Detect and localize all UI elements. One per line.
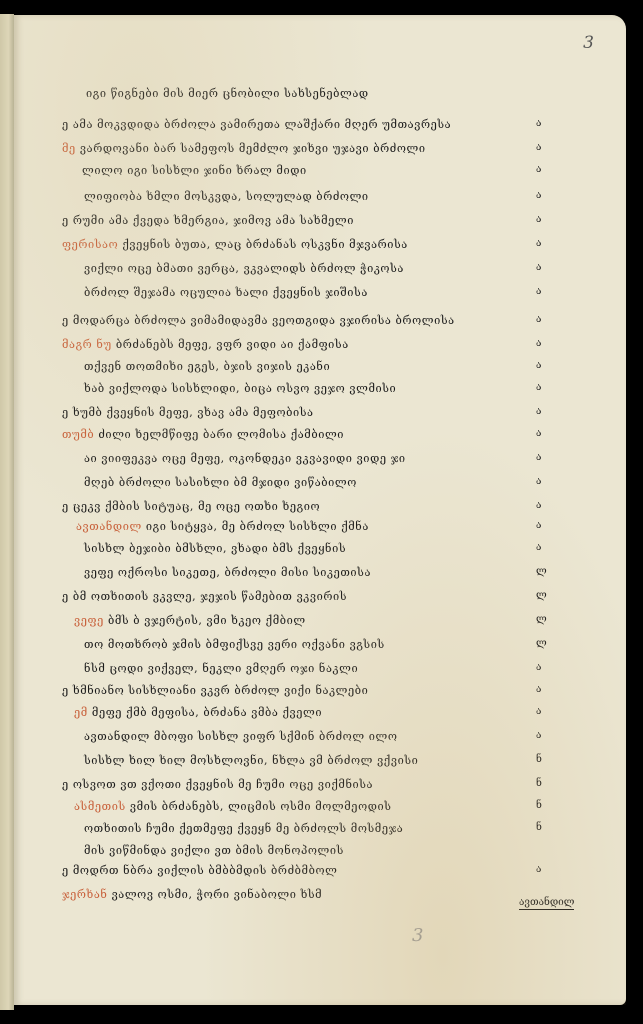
- verse-line: ე რუმი ამა ქვედა ხმერგია, ჯიმოვ ამა სახმ…: [62, 214, 354, 227]
- rhyme-marker: ა: [536, 262, 541, 273]
- rhyme-marker: ა: [536, 730, 541, 741]
- verse-line: თუმბ ძილი ხელმწიფე ბარი ლომისა ქამბილი: [62, 428, 344, 441]
- rubric-word: ავთანდილ: [76, 520, 146, 533]
- folio-number: 3: [583, 33, 594, 53]
- book-spine: [0, 14, 14, 1010]
- rhyme-marker: ა: [536, 164, 541, 175]
- verse-text: მის ვიწმინდა ვიქლი ვთ ბმის მონოპოლის: [84, 844, 344, 857]
- verse-line: ე ოსვოთ ვთ ვქოთი ქვეყნის მე ჩუმი ოცე ვიქ…: [62, 778, 373, 791]
- verse-text: აი ვიიფეკვა ოცე მეფე, ოკონდეკი ვკვავიდი …: [84, 452, 406, 465]
- rhyme-marker: ნ: [536, 754, 542, 765]
- rhyme-marker: ა: [536, 520, 541, 531]
- manuscript-page: 3 იგი წიგნები მის მიერ ცნობილი სახსენებლ…: [14, 15, 626, 1005]
- rubric-word: ასმეთის: [74, 800, 130, 813]
- rhyme-marker: ა: [536, 864, 541, 875]
- verse-text: ე მოდრთ ნბრა ვიქლის ბმბბმდის ბრძბმბოლ: [62, 864, 337, 877]
- verse-line: ე ხმნიანო სისხლიანი ვკვრ ბრძოლ ვიქი ნაკლ…: [62, 684, 368, 697]
- verse-line: ემ მეფე ქმბ მეფისა, ბრძანა ვმბა ქველი: [74, 706, 322, 719]
- verse-line: ავთანდილ მბოფი სისხლ ვიფრ სქმინ ბრძოლ ილ…: [84, 730, 398, 743]
- verse-line: ასმეთის ვმის ბრძანებს, ლიცმის ოსმი მოლმე…: [74, 800, 392, 813]
- verse-line: ე მოდარცა ბრძოლა ვიმამიდავმა ვეოთგიდა ვჯ…: [62, 314, 455, 327]
- verse-text: ქვეყნის ბუთა, ლაც ბრძანას ოსკვნი მჯვარის…: [122, 238, 408, 251]
- rhyme-marker: ა: [536, 314, 541, 325]
- rubric-word: ვეფე: [74, 614, 108, 627]
- verse-line: ბრძოლ შეჯამა ოცულია ხალი ქვეყნის ჯიშისა: [84, 286, 368, 299]
- verse-text: მღებ ბრძოლი სასიხლი ბმ მჯიდი ვიწაბილო: [84, 476, 357, 489]
- rhyme-marker: ა: [536, 406, 541, 417]
- rhyme-marker: ა: [536, 706, 541, 717]
- rubric-word: ემ: [74, 706, 92, 719]
- verse-text: ნსმ ცოდი ვიქველ, ნეკლი ვმღერ ოჯი ნაკლი: [84, 662, 358, 675]
- verse-line: სისხლ ხილ ხილ მოსხლოვნი, ნხლა ვმ ბრძოლ ვ…: [84, 754, 418, 767]
- verse-text: ბრძანებს მეფე, ვფრ ვიდი აი ქამფისა: [116, 338, 349, 351]
- rhyme-marker: ა: [536, 214, 541, 225]
- rhyme-marker: ა: [536, 238, 541, 249]
- rhyme-marker: ა: [536, 500, 541, 511]
- verse-line: ოთხითის ჩუმი ქეთმეფე ქვეყნ მე ბრძოლს მოს…: [84, 822, 403, 835]
- verse-line: ლიფიობა ხმლი მოსკვდა, სოლულად ბრძოლი: [84, 190, 369, 203]
- rhyme-marker: ა: [536, 190, 541, 201]
- verse-line: ვიქლი ოცე ბმათი ვერცა, ვკვალიდს ბრძოლ ჭი…: [84, 262, 404, 275]
- verse-line: თო მოთხრობ ჯმის ბმფიქსვე ვერი ოქვანი ვგს…: [84, 638, 385, 651]
- rubric-word: მე: [62, 142, 80, 155]
- verse-text: ე ოსვოთ ვთ ვქოთი ქვეყნის მე ჩუმი ოცე ვიქ…: [62, 778, 373, 791]
- rubric-word: ჯერხან: [62, 888, 112, 901]
- rhyme-marker: ა: [536, 382, 541, 393]
- rhyme-marker: ლ: [536, 638, 547, 649]
- rhyme-marker: ა: [536, 338, 541, 349]
- catchword: ავთანდილ: [519, 897, 574, 910]
- verse-line: მე ვარდოვანი ბარ სამეფოს მემძლო ჯიხვი უჯ…: [62, 142, 426, 155]
- verse-text: თქვენ თოთმიხი ეგეს, ბჯის ვიჯის ეკანი: [84, 360, 330, 373]
- rubric-word: თუმბ: [62, 428, 98, 441]
- verse-line: ჯერხან ვალოვ ოსმი, ჭორი ვინაბოლი ხსმ: [62, 888, 322, 901]
- rhyme-marker: ნ: [536, 800, 542, 811]
- verse-text: ვარდოვანი ბარ სამეფოს მემძლო ჯიხვი უჯავი…: [80, 142, 426, 155]
- rubric-word: ფერისაო: [62, 238, 122, 251]
- verse-line: აი ვიიფეკვა ოცე მეფე, ოკონდეკი ვკვავიდი …: [84, 452, 406, 465]
- verse-text: ბრძოლ შეჯამა ოცულია ხალი ქვეყნის ჯიშისა: [84, 286, 368, 299]
- verse-text: ხაბ ვიქლოდა სისხლიდი, ბიცა ოსვო ვეჯო ვლმ…: [84, 382, 396, 395]
- verse-text: ავთანდილ მბოფი სისხლ ვიფრ სქმინ ბრძოლ ილ…: [84, 730, 398, 743]
- verse-text: ვალოვ ოსმი, ჭორი ვინაბოლი ხსმ: [112, 888, 323, 901]
- rhyme-marker: ა: [536, 684, 541, 695]
- verse-line: ე ამა მოკვდიდა ბრძოლა ვამირეთა ლაშქარი მ…: [62, 118, 451, 131]
- rhyme-marker: ნ: [536, 822, 542, 833]
- verse-text: ლიფიობა ხმლი მოსკვდა, სოლულად ბრძოლი: [84, 190, 369, 203]
- verse-text: თო მოთხრობ ჯმის ბმფიქსვე ვერი ოქვანი ვგს…: [84, 638, 385, 651]
- rhyme-marker: ა: [536, 286, 541, 297]
- folio-number-pencil: 3: [412, 925, 423, 946]
- rhyme-marker: ა: [536, 360, 541, 371]
- verse-text: იგი სიტყვა, მე ბრძოლ სისხლი ქმნა: [146, 520, 369, 533]
- verse-text: ლილო იგი სისხლი ჯინი ხრალ მიდი: [82, 164, 307, 177]
- verse-text: სისხლ ხილ ხილ მოსხლოვნი, ნხლა ვმ ბრძოლ ვ…: [84, 754, 418, 767]
- page-title: იგი წიგნები მის მიერ ცნობილი სახსენებლად: [86, 87, 369, 100]
- rhyme-marker: ა: [536, 118, 541, 129]
- rhyme-marker: ლ: [536, 566, 547, 577]
- rhyme-marker: ა: [536, 428, 541, 439]
- verse-line: მღებ ბრძოლი სასიხლი ბმ მჯიდი ვიწაბილო: [84, 476, 357, 489]
- rhyme-marker: ლ: [536, 614, 547, 625]
- verse-line: ვეფე ოქროსი სიკეთე, ბრძოლი მისი სიკეთისა: [84, 566, 371, 579]
- verse-text: ე ცეკვ ქმბის სიტუაც, მე ოცე ოთხი ხეგიო: [62, 500, 320, 513]
- rhyme-marker: ა: [536, 476, 541, 487]
- verse-line: ავთანდილ იგი სიტყვა, მე ბრძოლ სისხლი ქმნ…: [76, 520, 369, 533]
- verse-text: ოთხითის ჩუმი ქეთმეფე ქვეყნ მე ბრძოლს მოს…: [84, 822, 403, 835]
- verse-line: ფერისაო ქვეყნის ბუთა, ლაც ბრძანას ოსკვნი…: [62, 238, 408, 251]
- verse-text: ვმის ბრძანებს, ლიცმის ოსმი მოლმეოდის: [130, 800, 392, 813]
- verse-text: ბმს ბ ვჯერტის, ვმი ხკეო ქმბილ: [108, 614, 306, 627]
- verse-line: მაგრ ნუ ბრძანებს მეფე, ვფრ ვიდი აი ქამფი…: [62, 338, 349, 351]
- verse-line: ხაბ ვიქლოდა სისხლიდი, ბიცა ოსვო ვეჯო ვლმ…: [84, 382, 396, 395]
- rhyme-marker: ა: [536, 662, 541, 673]
- rhyme-marker: ა: [536, 542, 541, 553]
- verse-text: ე ხუმბ ქვეყნის მეფე, ვხავ ამა მეფობისა: [62, 406, 314, 419]
- verse-line: ე ბმ ოთხითის ვკვლე, ჯეჯის წამებით ვკვირი…: [62, 590, 347, 603]
- rhyme-marker: ლ: [536, 590, 547, 601]
- verse-line: ლილო იგი სისხლი ჯინი ხრალ მიდი: [82, 164, 307, 177]
- verse-line: მის ვიწმინდა ვიქლი ვთ ბმის მონოპოლის: [84, 844, 344, 857]
- rhyme-marker: ნ: [536, 778, 542, 789]
- verse-text: ძილი ხელმწიფე ბარი ლომისა ქამბილი: [98, 428, 344, 441]
- verse-line: ნსმ ცოდი ვიქველ, ნეკლი ვმღერ ოჯი ნაკლი: [84, 662, 358, 675]
- verse-text: ე ბმ ოთხითის ვკვლე, ჯეჯის წამებით ვკვირი…: [62, 590, 347, 603]
- verse-line: თქვენ თოთმიხი ეგეს, ბჯის ვიჯის ეკანი: [84, 360, 330, 373]
- verse-line: ვეფე ბმს ბ ვჯერტის, ვმი ხკეო ქმბილ: [74, 614, 306, 627]
- verse-text: ვიქლი ოცე ბმათი ვერცა, ვკვალიდს ბრძოლ ჭი…: [84, 262, 404, 275]
- verse-text: ე ხმნიანო სისხლიანი ვკვრ ბრძოლ ვიქი ნაკლ…: [62, 684, 368, 697]
- verse-text: სისხლ ბეჯიბი ბმსხლი, ვხადი ბმს ქვეყნის: [84, 542, 346, 555]
- verse-text: მეფე ქმბ მეფისა, ბრძანა ვმბა ქველი: [92, 706, 322, 719]
- verse-text: ე ამა მოკვდიდა ბრძოლა ვამირეთა ლაშქარი მ…: [62, 118, 451, 131]
- verse-text: ე მოდარცა ბრძოლა ვიმამიდავმა ვეოთგიდა ვჯ…: [62, 314, 455, 327]
- verse-text: ე რუმი ამა ქვედა ხმერგია, ჯიმოვ ამა სახმ…: [62, 214, 354, 227]
- rhyme-marker: ა: [536, 452, 541, 463]
- verse-line: ე ხუმბ ქვეყნის მეფე, ვხავ ამა მეფობისა: [62, 406, 314, 419]
- verse-line: სისხლ ბეჯიბი ბმსხლი, ვხადი ბმს ქვეყნის: [84, 542, 346, 555]
- verse-line: ე მოდრთ ნბრა ვიქლის ბმბბმდის ბრძბმბოლ: [62, 864, 337, 877]
- verse-text: ვეფე ოქროსი სიკეთე, ბრძოლი მისი სიკეთისა: [84, 566, 371, 579]
- rhyme-marker: ა: [536, 142, 541, 153]
- rubric-word: მაგრ ნუ: [62, 338, 116, 351]
- verse-line: ე ცეკვ ქმბის სიტუაც, მე ოცე ოთხი ხეგიო: [62, 500, 320, 513]
